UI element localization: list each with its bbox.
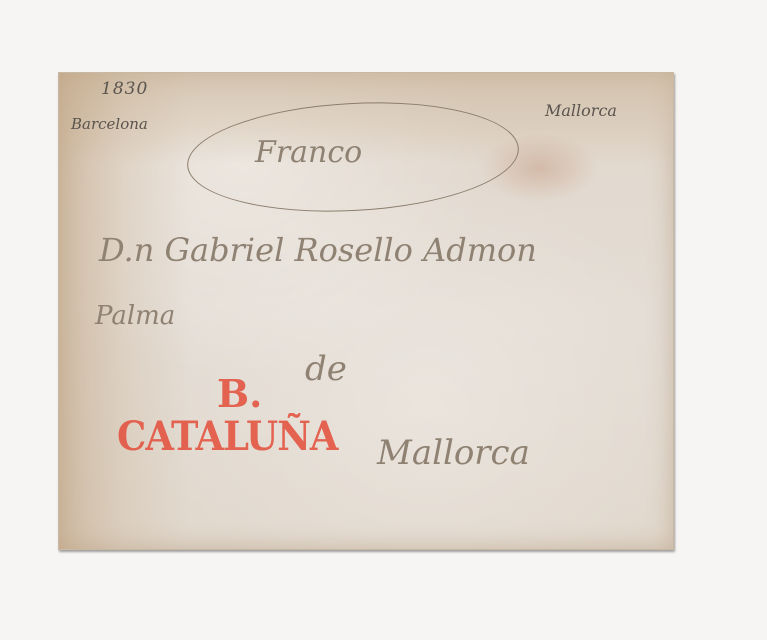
address-connector: de [305, 349, 347, 389]
addressee-name: D.n Gabriel Rosello Admon [99, 231, 537, 269]
franking-text: Franco [255, 135, 362, 170]
address-destination: Mallorca [377, 433, 530, 473]
postmark-line2: CATALUÑA [117, 413, 338, 460]
address-line: Palma [95, 301, 175, 331]
pencil-year: 1830 [101, 79, 148, 99]
postmark-line1: B. [217, 371, 262, 416]
pencil-destination: Mallorca [545, 101, 617, 120]
pencil-origin: Barcelona [71, 115, 148, 133]
letter-cover: 1830 Barcelona Mallorca Franco D.n Gabri… [58, 72, 674, 550]
